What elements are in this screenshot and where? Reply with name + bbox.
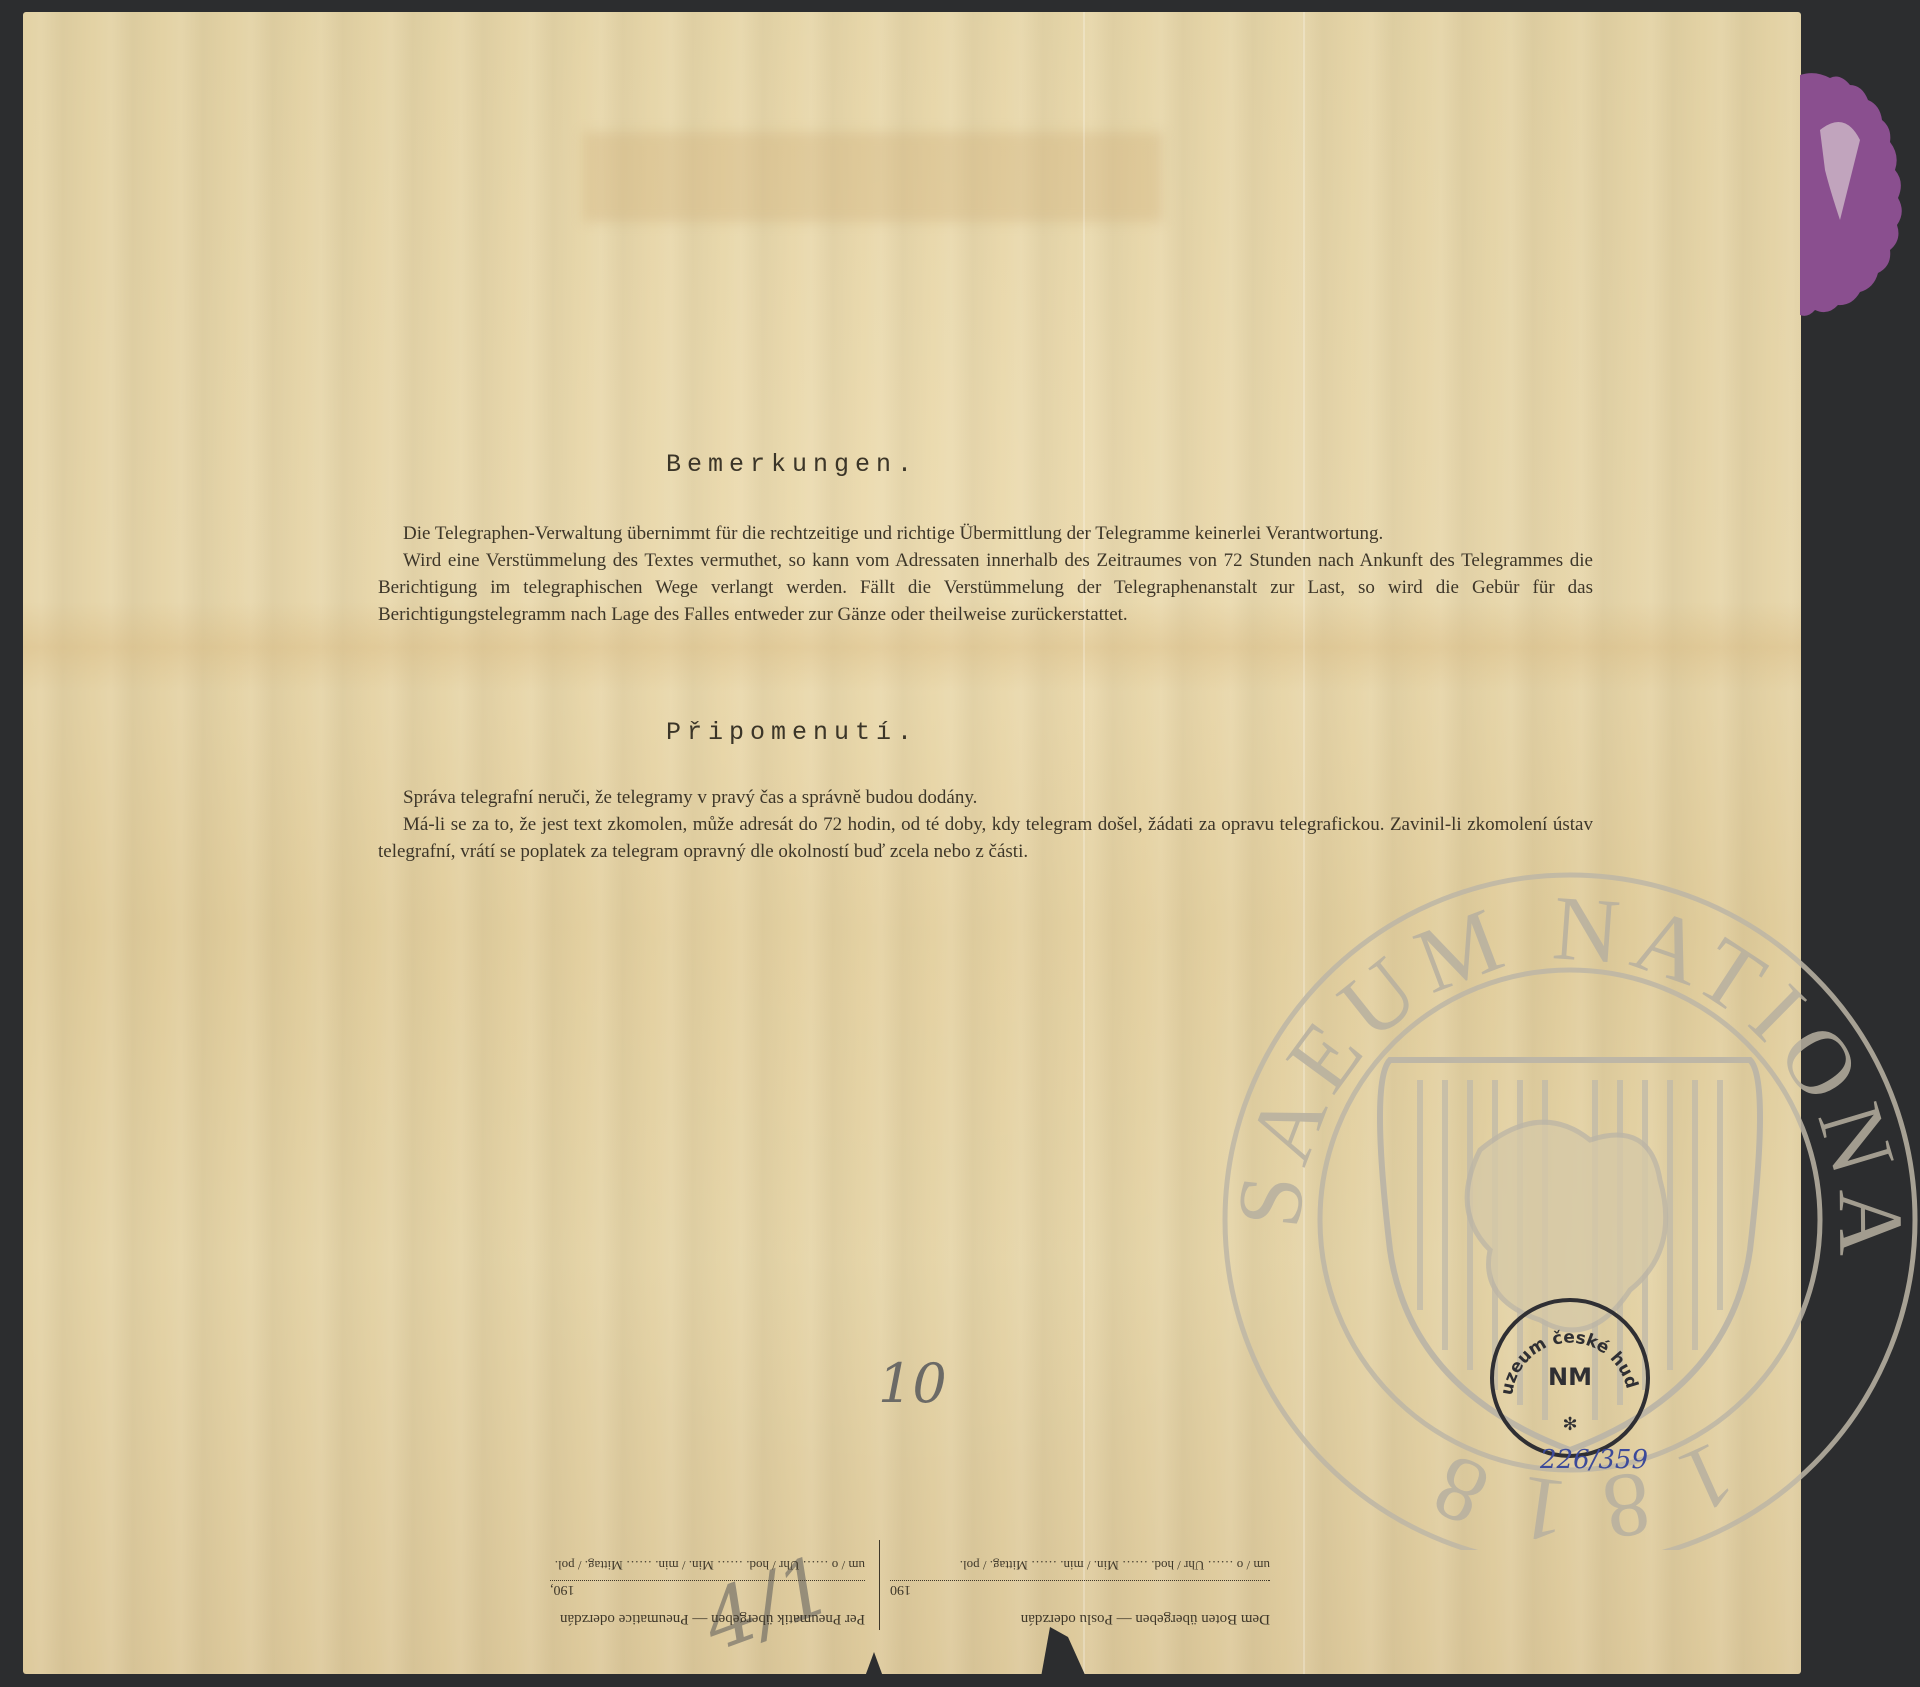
handwritten-page-number: 10 xyxy=(878,1352,947,1415)
stamp-center-text: NM xyxy=(1548,1363,1592,1391)
messenger-date-line: 190 xyxy=(890,1580,1270,1597)
messenger-delivery-column: Dem Boten übergeben — Poslu oderzdán 190… xyxy=(880,1535,1280,1635)
purple-seal xyxy=(1800,70,1910,320)
paper-tear xyxy=(863,1652,885,1674)
german-heading: Bemerkungen. xyxy=(23,450,1681,479)
german-paragraph-2: Wird eine Verstümmelung des Textes vermu… xyxy=(378,547,1593,628)
form-divider xyxy=(879,1540,880,1630)
messenger-time-line: um / o …… Uhr / hod. …… Min. / min. …… M… xyxy=(890,1557,1270,1573)
pneumatic-delivery-column: Per Pneumatik übergeben — Pneumatice ode… xyxy=(540,1535,875,1635)
pneumatic-date-line: 190, xyxy=(550,1580,865,1597)
stain xyxy=(583,132,1163,222)
german-remarks: Die Telegraphen-Verwaltung übernimmt für… xyxy=(378,520,1593,628)
german-paragraph-1: Die Telegraphen-Verwaltung übernimmt für… xyxy=(378,520,1593,547)
pneumatic-time-line: um / o …… Uhr / hod. …… Min. / min. …… M… xyxy=(550,1557,865,1573)
pneumatic-caption: Per Pneumatik übergeben — Pneumatice ode… xyxy=(560,1610,865,1627)
muzeum-ceske-hudby-stamp: Muzeum české hudby NM ✻ xyxy=(1485,1290,1655,1460)
czech-heading: Připomenutí. xyxy=(23,718,1681,747)
inventory-number: 226/359 xyxy=(1540,1445,1648,1475)
stamp-asterisk-icon: ✻ xyxy=(1562,1414,1577,1435)
upside-down-delivery-form: Dem Boten übergeben — Poslu oderzdán 190… xyxy=(540,1535,1280,1635)
messenger-caption: Dem Boten übergeben — Poslu oderzdán xyxy=(1021,1610,1270,1627)
czech-paragraph-1: Správa telegrafní neruči, že telegramy v… xyxy=(378,784,1593,811)
